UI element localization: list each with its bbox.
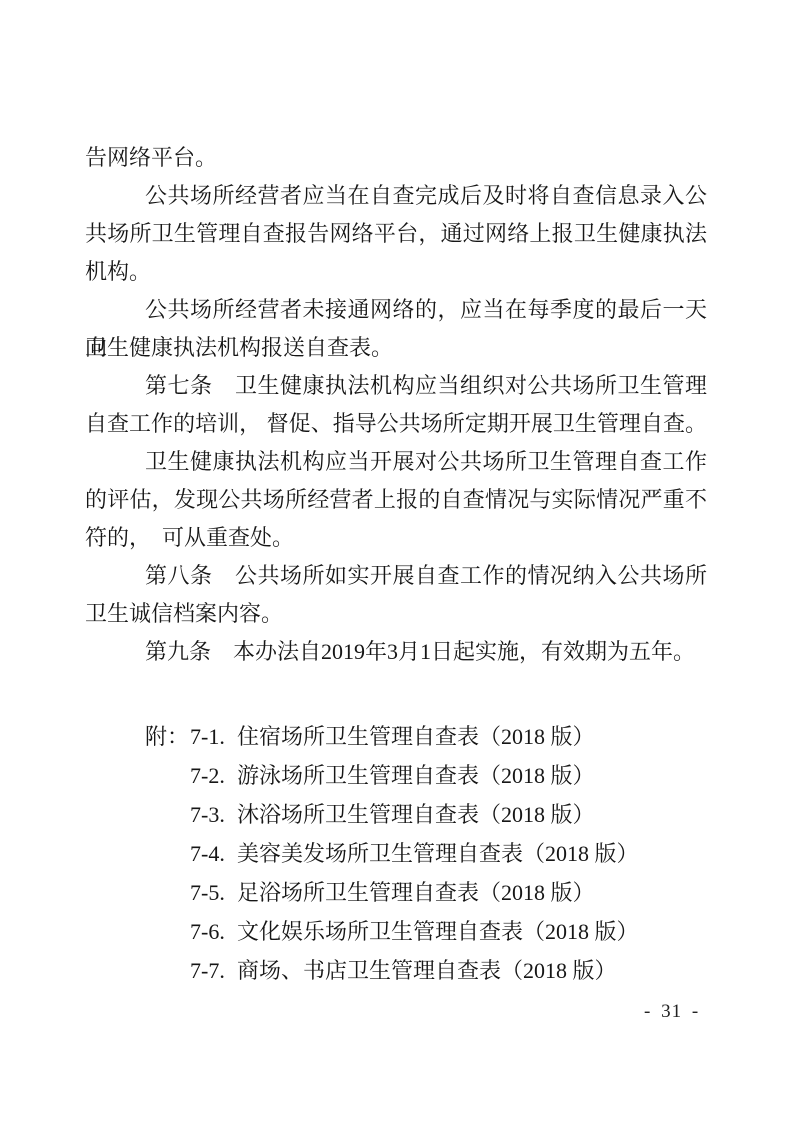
attachment-item: 7-2.游泳场所卫生管理自查表（2018 版） [145,756,639,795]
attachment-title: 足浴场所卫生管理自查表（2018 版） [237,873,595,912]
attachment-item: 7-5.足浴场所卫生管理自查表（2018 版） [145,873,639,912]
body-line: 第九条 本办法自2019年3月1日起实施，有效期为五年。 [85,633,707,671]
body-line: 公共场所经营者应当在自查完成后及时将自查信息录入公 [85,177,707,215]
attachment-list-label [145,756,190,795]
attachment-list-label [145,873,190,912]
body-line: 共场所卫生管理自查报告网络平台，通过网络上报卫生健康执法 [85,215,707,253]
attachment-list-label: 附： [145,717,190,756]
attachment-list-label [145,951,190,990]
body-line: 公共场所经营者未接通网络的，应当在每季度的最后一天向 [85,291,707,329]
attachment-title: 住宿场所卫生管理自查表（2018 版） [237,717,595,756]
attachment-list-label [145,795,190,834]
attachment-title: 沐浴场所卫生管理自查表（2018 版） [237,795,595,834]
body-line: 卫生健康执法机构应当开展对公共场所卫生管理自查工作 [85,443,707,481]
attachment-number: 7-5. [190,873,237,912]
attachment-number: 7-6. [190,912,237,951]
body-line: 第八条 公共场所如实开展自查工作的情况纳入公共场所 [85,557,707,595]
attachment-item: 7-6.文化娱乐场所卫生管理自查表（2018 版） [145,912,639,951]
attachment-title: 游泳场所卫生管理自查表（2018 版） [237,756,595,795]
document-body: 告网络平台。公共场所经营者应当在自查完成后及时将自查信息录入公共场所卫生管理自查… [85,139,707,671]
attachment-number: 7-2. [190,756,237,795]
body-line: 卫生诚信档案内容。 [85,595,707,633]
body-line: 告网络平台。 [85,139,707,177]
attachment-title: 文化娱乐场所卫生管理自查表（2018 版） [237,912,639,951]
document-page: 告网络平台。公共场所经营者应当在自查完成后及时将自查信息录入公共场所卫生管理自查… [0,0,794,1122]
attachment-number: 7-7. [190,951,237,990]
attachment-list-label [145,834,190,873]
attachment-item: 附：7-1.住宿场所卫生管理自查表（2018 版） [145,717,639,756]
body-line: 自查工作的培训， 督促、指导公共场所定期开展卫生管理自查。 [85,405,707,443]
body-line: 卫生健康执法机构报送自查表。 [85,329,707,367]
body-line: 机构。 [85,253,707,291]
attachment-title: 商场、书店卫生管理自查表（2018 版） [237,951,617,990]
page-number: - 31 - [644,1001,699,1023]
attachment-item: 7-7.商场、书店卫生管理自查表（2018 版） [145,951,639,990]
body-line: 第七条 卫生健康执法机构应当组织对公共场所卫生管理 [85,367,707,405]
attachment-number: 7-4. [190,834,237,873]
body-line: 的评估，发现公共场所经营者上报的自查情况与实际情况严重不 [85,481,707,519]
attachment-list-label [145,912,190,951]
attachment-item: 7-3.沐浴场所卫生管理自查表（2018 版） [145,795,639,834]
attachment-item: 7-4.美容美发场所卫生管理自查表（2018 版） [145,834,639,873]
body-line: 符的， 可从重查处。 [85,519,707,557]
attachment-list: 附：7-1.住宿场所卫生管理自查表（2018 版）7-2.游泳场所卫生管理自查表… [145,717,639,990]
attachment-number: 7-3. [190,795,237,834]
attachment-number: 7-1. [190,717,237,756]
attachment-title: 美容美发场所卫生管理自查表（2018 版） [237,834,639,873]
